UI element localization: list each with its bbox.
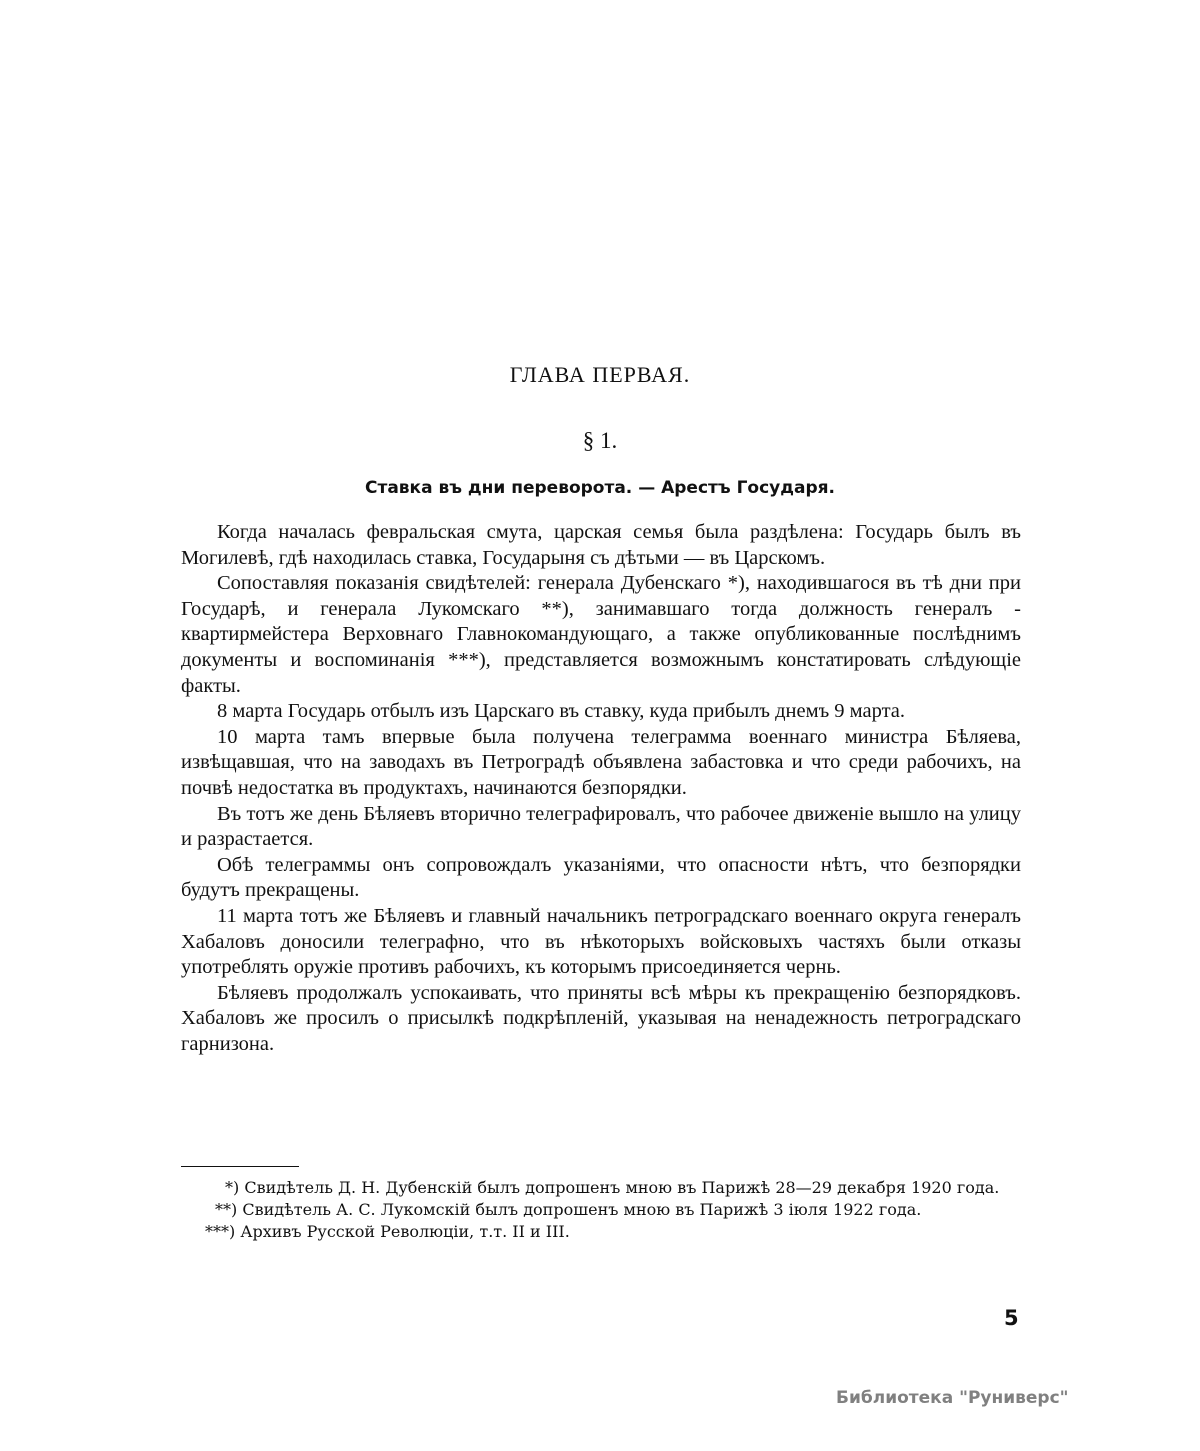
paragraph: Когда началась февральская смута, царска… — [181, 520, 1021, 571]
paragraph: 8 марта Государь отбылъ изъ Царскаго въ … — [181, 699, 1021, 725]
page-number: 5 — [1004, 1306, 1019, 1330]
paragraph: Сопоставляя показанія свидѣтелей: генера… — [181, 571, 1021, 699]
document-page: ГЛАВА ПЕРВАЯ. § 1. Ставка въ дни перевор… — [0, 0, 1200, 1451]
paragraph: Бѣляевъ продолжалъ успокаивать, что прин… — [181, 981, 1021, 1058]
footnote: ***) Архивъ Русской Революціи, т.т. II и… — [181, 1221, 1021, 1243]
section-number: § 1. — [0, 428, 1200, 454]
paragraph: 10 марта тамъ впервые была получена теле… — [181, 725, 1021, 802]
chapter-title: ГЛАВА ПЕРВАЯ. — [0, 362, 1200, 388]
footnotes: *) Свидѣтель Д. Н. Дубенскій былъ допрош… — [181, 1177, 1021, 1243]
library-watermark: Библиотека "Руниверс" — [836, 1388, 1069, 1408]
section-subtitle: Ставка въ дни переворота. — Арестъ Госуд… — [0, 478, 1200, 498]
footnote: **) Свидѣтель А. С. Лукомскій былъ допро… — [181, 1199, 1021, 1221]
paragraph: 11 марта тотъ же Бѣляевъ и главный начал… — [181, 904, 1021, 981]
footnote: *) Свидѣтель Д. Н. Дубенскій былъ допрош… — [181, 1177, 1021, 1199]
paragraph: Въ тотъ же день Бѣляевъ вторично телегра… — [181, 802, 1021, 853]
paragraph: Обѣ телеграммы онъ сопровождалъ указанія… — [181, 853, 1021, 904]
body-text: Когда началась февральская смута, царска… — [181, 520, 1021, 1057]
footnote-divider — [181, 1166, 299, 1167]
